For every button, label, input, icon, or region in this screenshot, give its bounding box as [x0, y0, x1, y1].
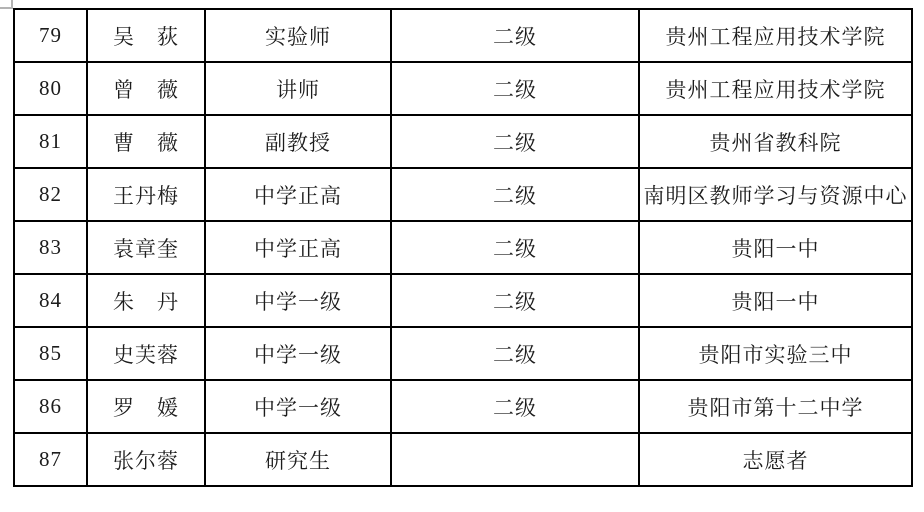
- cell-title: 中学正高: [205, 168, 391, 221]
- cell-institution: 贵阳一中: [639, 221, 912, 274]
- cell-institution: 贵州工程应用技术学院: [639, 62, 912, 115]
- cell-name: 罗 媛: [87, 380, 205, 433]
- cell-level: 二级: [391, 168, 639, 221]
- cell-institution: 贵州工程应用技术学院: [639, 9, 912, 62]
- cell-title: 研究生: [205, 433, 391, 486]
- cell-institution: 贵阳一中: [639, 274, 912, 327]
- table-row: 81曹 薇副教授二级贵州省教科院: [14, 115, 912, 168]
- cell-title: 中学一级: [205, 274, 391, 327]
- cell-institution: 南明区教师学习与资源中心: [639, 168, 912, 221]
- cell-name: 王丹梅: [87, 168, 205, 221]
- table-body: 79吴 荻实验师二级贵州工程应用技术学院80曾 薇讲师二级贵州工程应用技术学院8…: [14, 9, 912, 486]
- table-row: 86罗 媛中学一级二级贵阳市第十二中学: [14, 380, 912, 433]
- table-row: 83袁章奎中学正高二级贵阳一中: [14, 221, 912, 274]
- cell-number: 87: [14, 433, 87, 486]
- cell-level: [391, 433, 639, 486]
- cell-name: 袁章奎: [87, 221, 205, 274]
- cell-name: 吴 荻: [87, 9, 205, 62]
- cell-level: 二级: [391, 221, 639, 274]
- cell-name: 朱 丹: [87, 274, 205, 327]
- cell-title: 中学正高: [205, 221, 391, 274]
- cell-name: 张尔蓉: [87, 433, 205, 486]
- personnel-table: 79吴 荻实验师二级贵州工程应用技术学院80曾 薇讲师二级贵州工程应用技术学院8…: [13, 8, 913, 487]
- cell-number: 81: [14, 115, 87, 168]
- cell-institution: 贵阳市实验三中: [639, 327, 912, 380]
- cell-name: 曹 薇: [87, 115, 205, 168]
- cell-number: 79: [14, 9, 87, 62]
- cell-institution: 志愿者: [639, 433, 912, 486]
- table-row: 79吴 荻实验师二级贵州工程应用技术学院: [14, 9, 912, 62]
- cell-title: 讲师: [205, 62, 391, 115]
- table-row: 87张尔蓉研究生志愿者: [14, 433, 912, 486]
- table-row: 80曾 薇讲师二级贵州工程应用技术学院: [14, 62, 912, 115]
- table-row: 84朱 丹中学一级二级贵阳一中: [14, 274, 912, 327]
- document-page: { "page": { "background_color": "#ffffff…: [0, 0, 924, 512]
- cell-level: 二级: [391, 115, 639, 168]
- cell-level: 二级: [391, 62, 639, 115]
- cell-title: 实验师: [205, 9, 391, 62]
- cell-title: 中学一级: [205, 380, 391, 433]
- cell-level: 二级: [391, 274, 639, 327]
- cell-number: 85: [14, 327, 87, 380]
- cell-number: 86: [14, 380, 87, 433]
- cell-institution: 贵阳市第十二中学: [639, 380, 912, 433]
- cell-title: 副教授: [205, 115, 391, 168]
- cell-name: 史芙蓉: [87, 327, 205, 380]
- cell-number: 82: [14, 168, 87, 221]
- cell-number: 84: [14, 274, 87, 327]
- cell-title: 中学一级: [205, 327, 391, 380]
- cell-institution: 贵州省教科院: [639, 115, 912, 168]
- cell-number: 80: [14, 62, 87, 115]
- cell-name: 曾 薇: [87, 62, 205, 115]
- table-row: 82王丹梅中学正高二级南明区教师学习与资源中心: [14, 168, 912, 221]
- page-margin-corner-mark-horizontal: [0, 7, 13, 9]
- cell-level: 二级: [391, 327, 639, 380]
- cell-number: 83: [14, 221, 87, 274]
- cell-level: 二级: [391, 380, 639, 433]
- table-row: 85史芙蓉中学一级二级贵阳市实验三中: [14, 327, 912, 380]
- cell-level: 二级: [391, 9, 639, 62]
